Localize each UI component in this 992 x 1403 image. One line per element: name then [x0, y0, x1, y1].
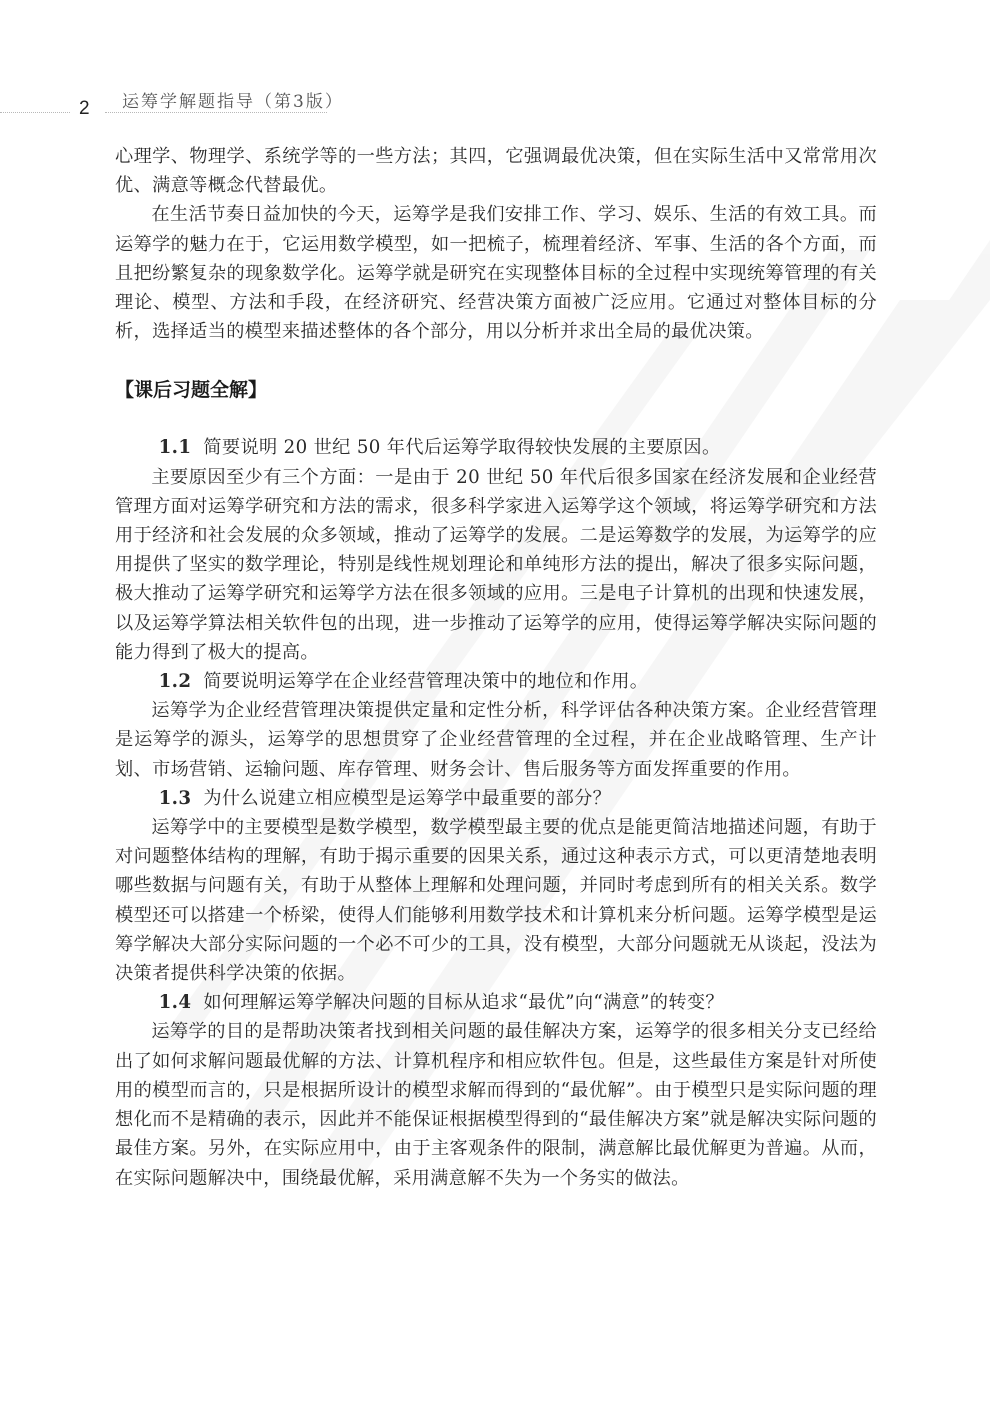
answer-paragraph: 运筹学的目的是帮助决策者找到相关问题的最佳解决方案，运筹学的很多相关分支已经给出…: [115, 1017, 877, 1192]
question-number: 1.4: [159, 992, 192, 1013]
book-title: 运筹学解题指导（第3版）: [122, 87, 344, 112]
question-text: 简要说明运筹学在企业经营管理决策中的地位和作用。: [203, 671, 648, 692]
question-number: 1.1: [159, 437, 192, 458]
answer-paragraph: 主要原因至少有三个方面：一是由于 20 世纪 50 年代后很多国家在经济发展和企…: [115, 463, 877, 667]
page-number: 2: [79, 98, 90, 120]
question-text: 如何理解运筹学解决问题的目标从追求“最优”向“满意”的转变？: [203, 992, 724, 1013]
header-rule-right: [105, 112, 327, 113]
exercise-1-1: 1.1简要说明 20 世纪 50 年代后运筹学取得较快发展的主要原因。 主要原因…: [115, 433, 877, 667]
question-number: 1.2: [159, 671, 192, 692]
exercise-1-3: 1.3为什么说建立相应模型是运筹学中最重要的部分？ 运筹学中的主要模型是数学模型…: [115, 784, 877, 988]
exercise-1-4: 1.4如何理解运筹学解决问题的目标从追求“最优”向“满意”的转变？ 运筹学的目的…: [115, 988, 877, 1192]
question: 1.2简要说明运筹学在企业经营管理决策中的地位和作用。: [115, 667, 877, 696]
question-text: 简要说明 20 世纪 50 年代后运筹学取得较快发展的主要原因。: [203, 437, 720, 458]
question: 1.1简要说明 20 世纪 50 年代后运筹学取得较快发展的主要原因。: [115, 433, 877, 462]
exercise-1-2: 1.2简要说明运筹学在企业经营管理决策中的地位和作用。 运筹学为企业经营管理决策…: [115, 667, 877, 784]
question: 1.4如何理解运筹学解决问题的目标从追求“最优”向“满意”的转变？: [115, 988, 877, 1017]
intro-paragraph-continued: 心理学、物理学、系统学等的一些方法；其四，它强调最优决策，但在实际生活中又常常用…: [115, 142, 877, 200]
answer-paragraph: 运筹学中的主要模型是数学模型，数学模型最主要的优点是能更简洁地描述问题，有助于对…: [115, 813, 877, 988]
answer-paragraph: 运筹学为企业经营管理决策提供定量和定性分析，科学评估各种决策方案。企业经营管理是…: [115, 696, 877, 784]
section-heading: 【课后习题全解】: [115, 376, 877, 405]
header-rule-left: [0, 112, 70, 113]
question-number: 1.3: [159, 788, 192, 809]
running-header: 2 运筹学解题指导（第3版）: [0, 84, 992, 124]
question-text: 为什么说建立相应模型是运筹学中最重要的部分？: [203, 788, 611, 809]
question: 1.3为什么说建立相应模型是运筹学中最重要的部分？: [115, 784, 877, 813]
page-body: 心理学、物理学、系统学等的一些方法；其四，它强调最优决策，但在实际生活中又常常用…: [115, 142, 877, 1193]
intro-paragraph: 在生活节奏日益加快的今天，运筹学是我们安排工作、学习、娱乐、生活的有效工具。而运…: [115, 200, 877, 346]
